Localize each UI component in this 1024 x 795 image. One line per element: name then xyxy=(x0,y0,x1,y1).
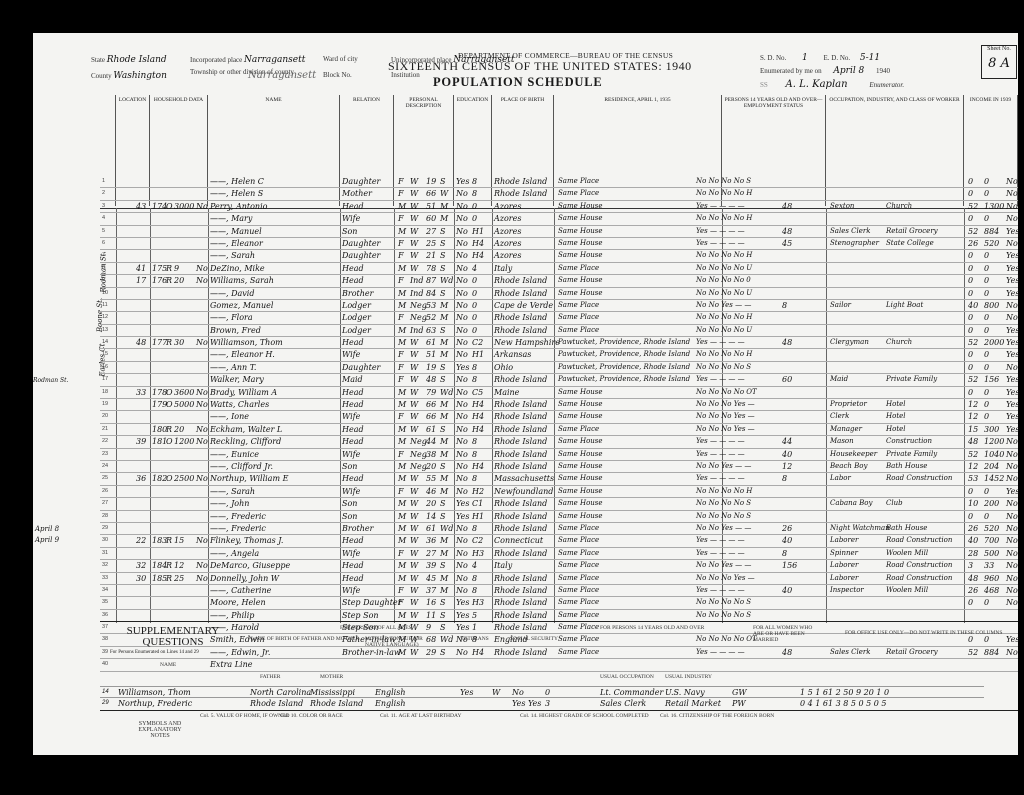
supplementary-row: 29Northup, FredericRhode IslandRhode Isl… xyxy=(100,697,984,709)
cell-own: R xyxy=(166,573,172,584)
cell-res1935: Same Place xyxy=(558,263,599,274)
cell-emp: No No No No U xyxy=(696,325,752,336)
cell-income: 0 xyxy=(984,176,989,187)
cell-race: W xyxy=(410,610,418,621)
cell-emp: Yes — — — — xyxy=(696,238,745,249)
cell-line: 25 xyxy=(102,473,108,484)
cell-race: W xyxy=(410,374,418,385)
cell-income: 0 xyxy=(984,597,989,608)
cell-own: O xyxy=(166,436,173,447)
cell-birth: Rhode Island xyxy=(494,610,547,621)
cell-weeks: 0 xyxy=(968,597,973,608)
cell-income: 204 xyxy=(984,461,999,472)
cell-weeks: 53 xyxy=(968,473,978,484)
cell-income: 300 xyxy=(984,424,999,435)
cell-marital: S xyxy=(440,288,445,299)
cell-relation: Maid xyxy=(342,374,363,385)
cell-school: No xyxy=(456,387,468,398)
cell-income: 800 xyxy=(984,300,999,311)
cell-school: No xyxy=(456,560,468,571)
street-note-rodman: Rodman St. xyxy=(33,377,68,384)
cell-other: No xyxy=(1006,535,1018,546)
cell-marital: S xyxy=(440,560,445,571)
census-row: 3330185R25NoDonnelly, John WHeadMW45MNo8… xyxy=(100,573,1018,585)
cell-line: 20 xyxy=(102,411,108,422)
cell-res1935: Same House xyxy=(558,436,603,447)
cell-house: 43 xyxy=(136,201,146,212)
cell-weeks: 0 xyxy=(968,275,973,286)
cell-school: No xyxy=(456,486,468,497)
census-row: 6——, EleanorDaughterFW25SNoH4AzoresSame … xyxy=(100,238,1018,250)
cell-weeks: 10 xyxy=(968,498,978,509)
cell-birth: Rhode Island xyxy=(494,523,547,534)
cell-age: 53 xyxy=(426,300,436,311)
cell-other: No xyxy=(1006,511,1018,522)
cell-sex: F xyxy=(398,275,404,286)
cell-industry: Hotel xyxy=(886,424,906,435)
cell-race: W xyxy=(410,486,418,497)
cell-dwelling: 184 xyxy=(152,560,167,571)
cell-sex: F xyxy=(398,374,404,385)
cell-name: Moore, Helen xyxy=(210,597,266,608)
cell-grade: C5 xyxy=(472,387,483,398)
cell-grade: 8 xyxy=(472,473,477,484)
cell-weeks: 0 xyxy=(968,188,973,199)
cell-line: 11 xyxy=(102,300,108,311)
cell-weeks: 52 xyxy=(968,337,978,348)
cell-sex: M xyxy=(398,573,406,584)
cell-race: W xyxy=(410,188,418,199)
cell-grade: C1 xyxy=(472,498,483,509)
cell-income: 700 xyxy=(984,535,999,546)
cell-industry: Retail Grocery xyxy=(886,226,938,237)
cell-age: 51 xyxy=(426,349,436,360)
census-row: 15——, Eleanor H.WifeFW51MNoH1ArkansasPaw… xyxy=(100,349,1018,361)
cell-value: 12 xyxy=(174,560,184,571)
cell-name: ——, Frederic xyxy=(210,511,266,522)
cell-race: W xyxy=(410,424,418,435)
cell-relation: Head xyxy=(342,424,364,435)
cell-occupation: Manager xyxy=(830,424,862,435)
cell-age: 79 xyxy=(426,387,436,398)
cell-race: W xyxy=(410,362,418,373)
cell-marital: S xyxy=(440,250,445,261)
cell-grade: H1 xyxy=(472,226,484,237)
cell-birth: Rhode Island xyxy=(494,548,547,559)
cell-marital: M xyxy=(440,585,448,596)
cell-weeks: 0 xyxy=(968,511,973,522)
cell-relation: Head xyxy=(342,201,364,212)
cell-industry: Private Family xyxy=(886,374,937,385)
cell-birth: Rhode Island xyxy=(494,176,547,187)
cell-weeks: 48 xyxy=(968,436,978,447)
cell-school: No xyxy=(456,473,468,484)
cell-occupation: Laborer xyxy=(830,560,858,571)
date-note-2: April 9 xyxy=(35,536,59,544)
cell-marital: Wd xyxy=(440,387,453,398)
cell-race: W xyxy=(410,238,418,249)
cell-grade: 0 xyxy=(472,201,477,212)
cell-sex: M xyxy=(398,498,406,509)
cell-marital: S xyxy=(440,498,445,509)
cell-name: ——, Helen C xyxy=(210,176,264,187)
cell-occupation: Clerk xyxy=(830,411,849,422)
cell-birth: Rhode Island xyxy=(494,374,547,385)
cell-occupation: Mason xyxy=(830,436,854,447)
cell-sex: M xyxy=(398,610,406,621)
explanatory-notes: SYMBOLS AND EXPLANATORY NOTES Col. 5. VA… xyxy=(100,713,1018,749)
cell-value: 3600 xyxy=(174,387,194,398)
cell-weeks: 0 xyxy=(968,486,973,497)
cell-weeks: 52 xyxy=(968,226,978,237)
cell-line: 18 xyxy=(102,387,108,398)
cell-age: 66 xyxy=(426,399,436,410)
cell-hours: 45 xyxy=(782,238,792,249)
cell-value: 20 xyxy=(174,424,184,435)
cell-name: Walker, Mary xyxy=(210,374,264,385)
supp-cell-ss_code: 3 xyxy=(545,698,550,709)
cell-age: 19 xyxy=(426,176,436,187)
cell-sex: F xyxy=(398,349,404,360)
cell-race: W xyxy=(410,201,418,212)
cell-relation: Daughter xyxy=(342,250,380,261)
cell-line: 23 xyxy=(102,449,108,460)
cell-age: 44 xyxy=(426,436,436,447)
cell-school: Yes xyxy=(456,597,469,608)
cell-race: Ind xyxy=(410,288,423,299)
cell-name: Perry, Antonio xyxy=(210,201,267,212)
cell-sex: F xyxy=(398,486,404,497)
cell-emp: Yes — — — — xyxy=(696,473,745,484)
cell-race: W xyxy=(410,573,418,584)
cell-industry: Private Family xyxy=(886,449,937,460)
census-row: 24——, Clifford Jr.SonMNeg20SNoH4Rhode Is… xyxy=(100,461,1018,473)
cell-grade: 0 xyxy=(472,325,477,336)
cell-income: 1300 xyxy=(984,201,1004,212)
cell-farm: No xyxy=(196,473,208,484)
cell-school: No xyxy=(456,226,468,237)
cell-sex: F xyxy=(398,411,404,422)
cell-income: 0 xyxy=(984,399,989,410)
cell-industry: Woolen Mill xyxy=(886,548,928,559)
census-row: 841175R9NoDeZino, MikeHeadMW78SNo4ItalyS… xyxy=(100,263,1018,275)
cell-age: 19 xyxy=(426,362,436,373)
cell-dwelling: 185 xyxy=(152,573,167,584)
cell-grade: C2 xyxy=(472,337,483,348)
cell-school: No xyxy=(456,325,468,336)
cell-other: No xyxy=(1006,585,1018,596)
cell-emp: No No Yes — — xyxy=(696,300,751,311)
cell-emp: No No No No U xyxy=(696,288,752,299)
cell-relation: Son xyxy=(342,511,357,522)
cell-other: No xyxy=(1006,597,1018,608)
cell-school: No xyxy=(456,275,468,286)
cell-name: ——, Sarah xyxy=(210,250,255,261)
cell-res1935: Same House xyxy=(558,399,603,410)
cell-birth: Rhode Island xyxy=(494,424,547,435)
cell-line: 35 xyxy=(102,597,108,608)
cell-res1935: Same House xyxy=(558,498,603,509)
cell-other: No xyxy=(1006,498,1018,509)
cell-hours: 40 xyxy=(782,535,792,546)
cell-res1935: Same Place xyxy=(558,523,599,534)
cell-age: 66 xyxy=(426,188,436,199)
cell-birth: Ohio xyxy=(494,362,513,373)
cell-hours: 48 xyxy=(782,226,792,237)
cell-weeks: 0 xyxy=(968,250,973,261)
cell-sex: M xyxy=(398,436,406,447)
cell-dwelling: 174 xyxy=(152,201,167,212)
cell-race: Neg xyxy=(410,461,427,472)
enumerator-field: SS A. L. Kaplan Enumerator. xyxy=(760,79,904,90)
cell-birth: New Hampshire xyxy=(494,337,560,348)
cell-occupation: Beach Boy xyxy=(830,461,867,472)
cell-other: Yes xyxy=(1006,250,1019,261)
cell-line: 24 xyxy=(102,461,108,472)
census-row: 917176R20NoWilliams, SarahHeadFInd87WdNo… xyxy=(100,275,1018,287)
cell-marital: M xyxy=(440,473,448,484)
cell-house: 17 xyxy=(136,275,146,286)
cell-race: Neg xyxy=(410,436,427,447)
census-row: 27——, JohnSonMW20SYesC1Rhode IslandSame … xyxy=(100,498,1018,510)
cell-birth: Rhode Island xyxy=(494,275,547,286)
census-title: SIXTEENTH CENSUS OF THE UNITED STATES: 1… xyxy=(388,59,692,74)
ward-label: Ward of city xyxy=(323,55,358,63)
cell-school: No xyxy=(456,436,468,447)
cell-occupation: Inspector xyxy=(830,585,864,596)
cell-hours: 48 xyxy=(782,201,792,212)
supp-cell-mother: Rhode Island xyxy=(310,698,363,709)
cell-age: 36 xyxy=(426,535,436,546)
cell-race: W xyxy=(410,250,418,261)
cell-school: Yes xyxy=(456,610,469,621)
cell-occupation: Sales Clerk xyxy=(830,226,871,237)
cell-grade: H4 xyxy=(472,250,484,261)
cell-marital: Wd xyxy=(440,275,453,286)
cell-res1935: Same House xyxy=(558,387,603,398)
cell-relation: Wife xyxy=(342,411,360,422)
cell-emp: No No No Yes — xyxy=(696,573,755,584)
cell-name: Williamson, Thom xyxy=(210,337,283,348)
cell-school: No xyxy=(456,288,468,299)
cell-other: Yes xyxy=(1006,486,1019,497)
cell-race: W xyxy=(410,597,418,608)
census-row: 10——, DavidBrotherMInd84SNo0Rhode Island… xyxy=(100,288,1018,300)
cell-age: 20 xyxy=(426,498,436,509)
cell-name: Watts, Charles xyxy=(210,399,269,410)
cell-birth: Italy xyxy=(494,263,512,274)
cell-emp: No No No Yes — xyxy=(696,411,755,422)
cell-marital: M xyxy=(440,486,448,497)
cell-relation: Daughter xyxy=(342,238,380,249)
cell-other: Yes xyxy=(1006,399,1019,410)
cell-birth: Azores xyxy=(494,238,521,249)
cell-school: No xyxy=(456,238,468,249)
cell-age: 48 xyxy=(426,374,436,385)
cell-income: 0 xyxy=(984,511,989,522)
cell-weeks: 0 xyxy=(968,213,973,224)
cell-industry: Road Construction xyxy=(886,560,952,571)
cell-other: Yes xyxy=(1006,226,1019,237)
cell-farm: No xyxy=(196,201,208,212)
cell-res1935: Same Place xyxy=(558,573,599,584)
cell-sex: M xyxy=(398,226,406,237)
cell-sex: M xyxy=(398,300,406,311)
cell-emp: No No No No H xyxy=(696,188,752,199)
cell-line: 5 xyxy=(102,226,105,237)
cell-sex: F xyxy=(398,548,404,559)
cell-school: No xyxy=(456,449,468,460)
cell-occupation: Stenographer xyxy=(830,238,879,249)
cell-birth: Cape de Verde xyxy=(494,300,553,311)
cell-hours: 60 xyxy=(782,374,792,385)
cell-race: Neg xyxy=(410,312,427,323)
cell-grade: H4 xyxy=(472,238,484,249)
cell-grade: H3 xyxy=(472,548,484,559)
cell-emp: No No No Yes — xyxy=(696,399,755,410)
cell-emp: Yes — — — — xyxy=(696,449,745,460)
cell-hours: 40 xyxy=(782,449,792,460)
cell-emp: No No No No S xyxy=(696,362,751,373)
supp-cell-ss: Yes Yes xyxy=(512,698,541,709)
cell-other: No xyxy=(1006,188,1018,199)
cell-name: Brown, Fred xyxy=(210,325,261,336)
cell-industry: Club xyxy=(886,498,903,509)
cell-marital: W xyxy=(440,188,448,199)
cell-marital: S xyxy=(440,238,445,249)
cell-farm: No xyxy=(196,275,208,286)
supp-cell-class: PW xyxy=(732,698,746,709)
census-row: 28——, FredericSonMW14SYesH1Rhode IslandS… xyxy=(100,511,1018,523)
cell-other: No xyxy=(1006,362,1018,373)
cell-age: 84 xyxy=(426,288,436,299)
cell-relation: Head xyxy=(342,560,364,571)
cell-grade: 8 xyxy=(472,374,477,385)
cell-income: 0 xyxy=(984,275,989,286)
cell-sex: M xyxy=(398,387,406,398)
county-value: Washington xyxy=(113,71,167,81)
cell-dwelling: 178 xyxy=(152,387,167,398)
cell-marital: S xyxy=(440,461,445,472)
cell-occupation: Proprietor xyxy=(830,399,867,410)
cell-age: 63 xyxy=(426,325,436,336)
cell-relation: Lodger xyxy=(342,312,371,323)
cell-race: W xyxy=(410,498,418,509)
cell-name: ——, Ann T. xyxy=(210,362,256,373)
cell-line: 22 xyxy=(102,436,108,447)
cell-line: 29 xyxy=(102,523,108,534)
cell-relation: Lodger xyxy=(342,300,371,311)
cell-farm: No xyxy=(196,263,208,274)
cell-emp: Yes — — — — xyxy=(696,337,745,348)
cell-house: 48 xyxy=(136,337,146,348)
cell-emp: Yes — — — — xyxy=(696,585,745,596)
cell-grade: 8 xyxy=(472,188,477,199)
cell-school: No xyxy=(456,399,468,410)
cell-school: No xyxy=(456,411,468,422)
census-row: 12——, FloraLodgerFNeg52MNo0Rhode IslandS… xyxy=(100,312,1018,324)
cell-race: Neg xyxy=(410,449,427,460)
cell-emp: Yes — — — — xyxy=(696,226,745,237)
cell-occupation: Sexton xyxy=(830,201,854,212)
cell-birth: Rhode Island xyxy=(494,498,547,509)
cell-hours: 8 xyxy=(782,300,787,311)
cell-value: 9 xyxy=(174,263,179,274)
cell-race: W xyxy=(410,560,418,571)
cell-grade: 0 xyxy=(472,300,477,311)
cell-relation: Head xyxy=(342,263,364,274)
cell-other: No xyxy=(1006,201,1018,212)
cell-age: 21 xyxy=(426,250,436,261)
cell-grade: H2 xyxy=(472,486,484,497)
cell-grade: H3 xyxy=(472,597,484,608)
cell-sex: F xyxy=(398,585,404,596)
cell-sex: M xyxy=(398,424,406,435)
cell-relation: Brother xyxy=(342,523,373,534)
cell-house: 36 xyxy=(136,473,146,484)
state-field: State Rhode Island xyxy=(91,55,167,65)
cell-line: 32 xyxy=(102,560,108,571)
cell-res1935: Same House xyxy=(558,213,603,224)
cell-income: 520 xyxy=(984,523,999,534)
cell-own: R xyxy=(166,424,172,435)
cell-value: 5000 xyxy=(174,399,194,410)
cell-farm: No xyxy=(196,424,208,435)
cell-name: ——, David xyxy=(210,288,254,299)
cell-line: 36 xyxy=(102,610,108,621)
cell-res1935: Same House xyxy=(558,201,603,212)
cell-occupation: Clergyman xyxy=(830,337,869,348)
cell-income: 0 xyxy=(984,486,989,497)
cell-weeks: 0 xyxy=(968,263,973,274)
cell-relation: Son xyxy=(342,461,357,472)
census-row: 34——, CatherineWifeFW37MNo8Rhode IslandS… xyxy=(100,585,1018,597)
cell-relation: Head xyxy=(342,275,364,286)
cell-relation: Son xyxy=(342,226,357,237)
cell-own: R xyxy=(166,535,172,546)
cell-name: Flinkey, Thomas J. xyxy=(210,535,283,546)
cell-emp: No No No No S xyxy=(696,597,751,608)
cell-school: No xyxy=(456,250,468,261)
cell-line: 9 xyxy=(102,275,105,286)
cell-res1935: Same Place xyxy=(558,610,599,621)
cell-income: 1200 xyxy=(984,436,1004,447)
cell-weeks: 12 xyxy=(968,399,978,410)
supp-cell-name: Northup, Frederic xyxy=(118,698,192,709)
cell-marital: S xyxy=(440,176,445,187)
cell-relation: Head xyxy=(342,573,364,584)
cell-house: 39 xyxy=(136,436,146,447)
cell-res1935: Pawtucket, Providence, Rhode Island xyxy=(558,349,690,360)
cell-sex: F xyxy=(398,597,404,608)
cell-res1935: Same Place xyxy=(558,585,599,596)
cell-school: No xyxy=(456,548,468,559)
cell-emp: Yes — — — — xyxy=(696,374,745,385)
census-row: 21180R20NoEckham, Walter LHeadMW61SNoH4R… xyxy=(100,424,1018,436)
cell-own: R xyxy=(166,337,172,348)
cell-sex: M xyxy=(398,325,406,336)
cell-line: 21 xyxy=(102,424,108,435)
cell-school: No xyxy=(456,585,468,596)
cell-birth: Newfoundland xyxy=(494,486,553,497)
census-rows: 1——, Helen CDaughterFW19SYes8Rhode Islan… xyxy=(100,176,1018,672)
cell-line: 12 xyxy=(102,312,108,323)
cell-hours: 40 xyxy=(782,585,792,596)
cell-occupation: Laborer xyxy=(830,573,858,584)
cell-income: 33 xyxy=(984,560,994,571)
cell-occupation: Housekeeper xyxy=(830,449,877,460)
cell-marital: M xyxy=(440,349,448,360)
